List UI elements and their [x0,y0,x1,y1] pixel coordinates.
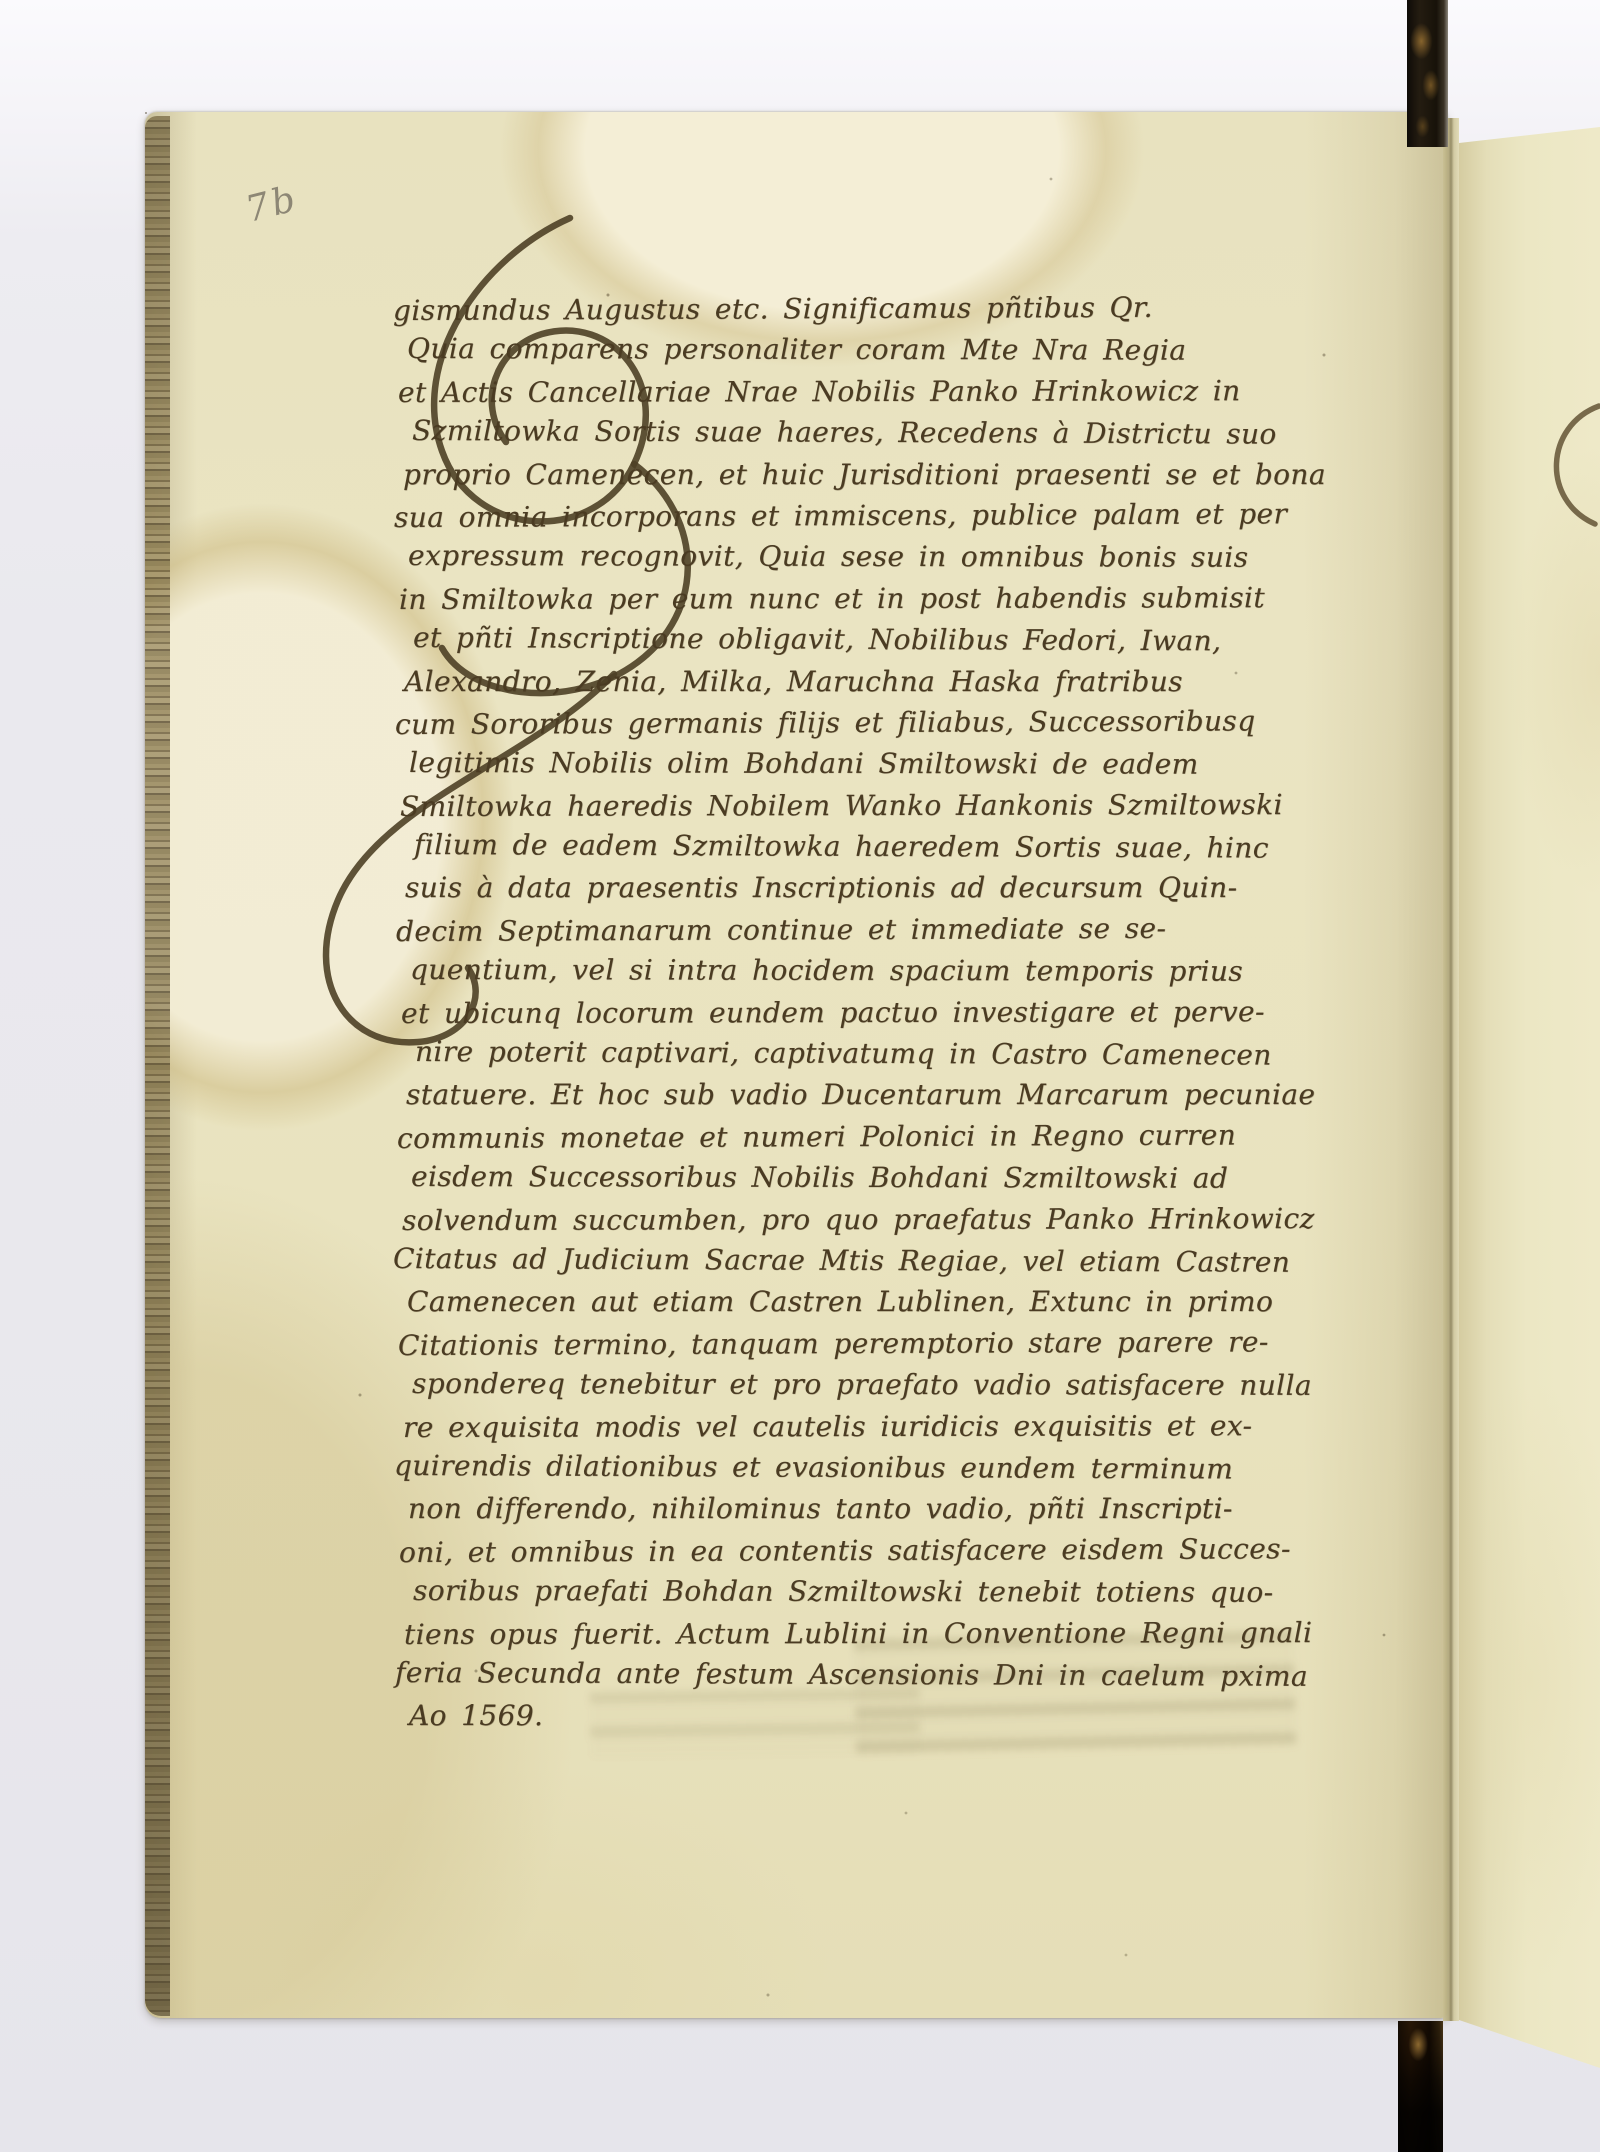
binding-cord-bottom [1398,2021,1443,2152]
manuscript-line: Szmiltowka Sortis suae haeres, Recedens … [412,410,1377,455]
manuscript-line: feria Secunda ante festum Ascensionis Dn… [395,1652,1360,1697]
manuscript-line: non differendo, nihilominus tanto vadio,… [408,1488,1373,1529]
manuscript-line: Smiltowka haeredis Nobilem Wanko Hankoni… [400,784,1365,827]
manuscript-line: soribus praefati Bohdan Szmiltowski tene… [413,1570,1378,1613]
manuscript-line: filium de eadem Szmiltowka haeredem Sort… [414,824,1379,869]
facing-flourish-stroke [1556,406,1599,524]
manuscript-scan: 7b gismundus Augustus etc. Significamus … [0,0,1600,2152]
manuscript-line: decim Septimanarum continue et immediate… [396,907,1361,952]
manuscript-line: et pñti Inscriptione obligavit, Nobilibu… [413,617,1378,662]
page-block-edge [145,116,170,2016]
manuscript-line: Citatus ad Judicium Sacrae Mtis Regiae, … [393,1238,1358,1283]
manuscript-line: legitimis Nobilis olim Bohdani Smiltowsk… [409,742,1374,785]
manuscript-line: Alexandro, Zenia, Milka, Maruchna Haska … [404,661,1369,702]
manuscript-line: proprio Camenecen, et huic Jurisditioni … [403,454,1368,495]
manuscript-line: re exquisita modis vel cautelis iuridici… [403,1405,1368,1448]
manuscript-line: Quia comparens personaliter coram Mte Nr… [407,328,1372,371]
manuscript-line: nire poterit captivari, captivatumq in C… [415,1031,1380,1076]
manuscript-line: communis monetae et numeri Polonici in R… [397,1114,1362,1159]
manuscript-line: quirendis dilationibus et evasionibus eu… [394,1445,1359,1490]
manuscript-line: Camenecen aut etiam Castren Lublinen, Ex… [407,1281,1372,1322]
manuscript-line: et ubicunq locorum eundem pactuo investi… [401,991,1366,1034]
facing-page-flourish [1533,398,1600,532]
manuscript-line: tiens opus fuerit. Actum Lublini in Conv… [404,1611,1369,1654]
manuscript-line: Ao 1569. [409,1695,1374,1736]
gutter-fold [1443,118,1459,2021]
manuscript-line: Citationis termino, tanquam peremptorio … [398,1321,1363,1366]
manuscript-line: et Actis Cancellariae Nrae Nobilis Panko… [398,370,1363,413]
manuscript-line: cum Sororibus germanis filijs et filiabu… [395,700,1360,745]
manuscript-line: solvendum succumben, pro quo praefatus P… [402,1198,1367,1241]
manuscript-line: spondereq tenebitur et pro praefato vadi… [412,1363,1377,1406]
manuscript-line: quentium, vel si intra hocidem spacium t… [410,949,1375,992]
manuscript-line: eisdem Successoribus Nobilis Bohdani Szm… [411,1156,1376,1199]
manuscript-line: suis à data praesentis Inscriptionis ad … [405,867,1370,908]
manuscript-line: expressum recognovit, Quia sese in omnib… [408,535,1373,578]
manuscript-line: gismundus Augustus etc. Significamus pñt… [393,286,1358,331]
manuscript-line: sua omnia incorporans et immiscens, publ… [394,493,1359,538]
manuscript-line: oni, et omnibus in ea contentis satisfac… [399,1528,1364,1573]
manuscript-line: statuere. Et hoc sub vadio Ducentarum Ma… [406,1074,1371,1115]
manuscript-text-block: gismundus Augustus etc. Significamus pñt… [404,288,1369,1737]
manuscript-line: in Smiltowka per eum nunc et in post hab… [399,577,1364,620]
binding-cord-top [1407,0,1448,147]
paper-specks [145,112,147,114]
